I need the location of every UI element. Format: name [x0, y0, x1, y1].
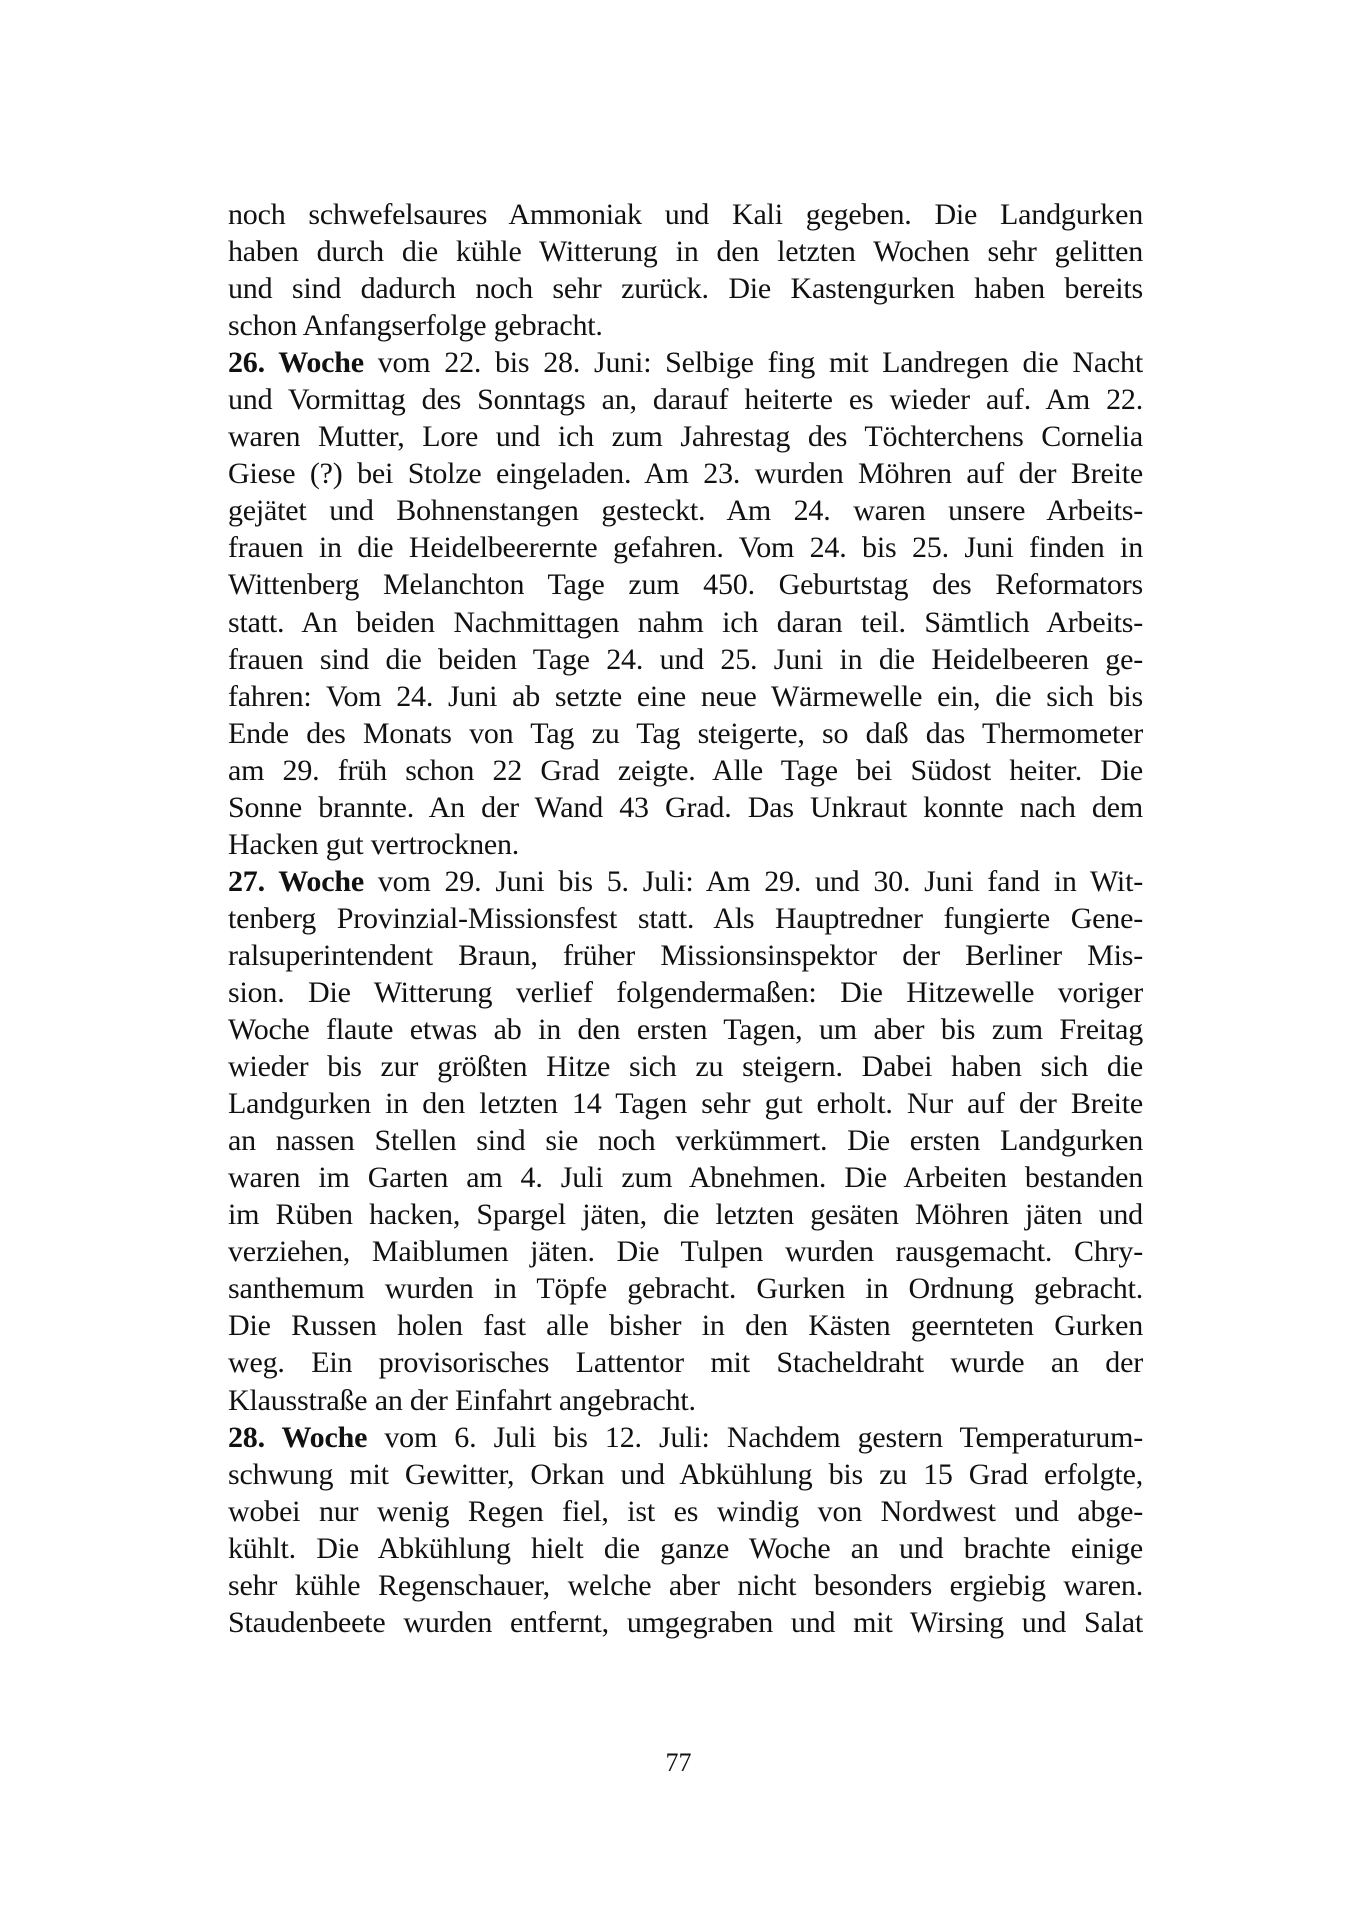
text-line: noch schwefelsaures Ammoniak und Kali ge… — [228, 196, 1143, 233]
text-line: statt. An beiden Nachmittagen nahm ich d… — [228, 604, 1143, 641]
text-line: an nassen Stellen sind sie noch verkümme… — [228, 1122, 1143, 1159]
text-line: frauen in die Heidelbeerernte gefahren. … — [228, 529, 1143, 566]
line-text: vom 29. Juni bis 5. Juli: Am 29. und 30.… — [364, 865, 1143, 898]
line-text: Sonne brannte. An der Wand 43 Grad. Das … — [228, 791, 1143, 824]
line-text: Die Russen holen fast alle bisher in den… — [228, 1309, 1143, 1342]
line-text: tenberg Provinzial-Missionsfest statt. A… — [228, 902, 1143, 935]
line-text: frauen in die Heidelbeerernte gefahren. … — [228, 531, 1143, 564]
line-text: im Rüben hacken, Spargel jäten, die letz… — [228, 1198, 1143, 1231]
line-text: Giese (?) bei Stolze eingeladen. Am 23. … — [228, 457, 1143, 490]
body-text: noch schwefelsaures Ammoniak und Kali ge… — [228, 196, 1143, 1641]
line-text: Landgurken in den letzten 14 Tagen sehr … — [228, 1087, 1143, 1120]
page-number: 77 — [0, 1748, 1357, 1778]
text-line: gejätet und Bohnenstangen gesteckt. Am 2… — [228, 492, 1143, 529]
week-heading-line: 28. Woche vom 6. Juli bis 12. Juli: Nach… — [228, 1419, 1143, 1456]
text-line: und sind dadurch noch sehr zurück. Die K… — [228, 270, 1143, 307]
text-line: kühlt. Die Abkühlung hielt die ganze Woc… — [228, 1530, 1143, 1567]
text-line: fahren: Vom 24. Juni ab setzte eine neue… — [228, 678, 1143, 715]
line-text: Klausstraße an der Einfahrt angebracht. — [228, 1384, 696, 1417]
text-line: Hacken gut vertrocknen. — [228, 826, 1143, 863]
text-line: wobei nur wenig Regen fiel, ist es windi… — [228, 1493, 1143, 1530]
line-text: santhemum wurden in Töpfe gebracht. Gurk… — [228, 1272, 1143, 1305]
text-line: waren im Garten am 4. Juli zum Abnehmen.… — [228, 1159, 1143, 1196]
text-line: Die Russen holen fast alle bisher in den… — [228, 1307, 1143, 1344]
line-text: kühlt. Die Abkühlung hielt die ganze Woc… — [228, 1532, 1143, 1565]
text-line: Woche flaute etwas ab in den ersten Tage… — [228, 1011, 1143, 1048]
line-text: an nassen Stellen sind sie noch verkümme… — [228, 1124, 1143, 1157]
line-text: und Vormittag des Sonntags an, darauf he… — [228, 383, 1143, 416]
line-text: statt. An beiden Nachmittagen nahm ich d… — [228, 606, 1143, 639]
line-text: fahren: Vom 24. Juni ab setzte eine neue… — [228, 680, 1143, 713]
text-line: schon Anfangserfolge gebracht. — [228, 307, 1143, 344]
text-line: und Vormittag des Sonntags an, darauf he… — [228, 381, 1143, 418]
line-text: verziehen, Maiblumen jäten. Die Tulpen w… — [228, 1235, 1143, 1268]
text-line: Klausstraße an der Einfahrt angebracht. — [228, 1382, 1143, 1419]
week-label: 27. Woche — [228, 865, 364, 898]
line-text: wobei nur wenig Regen fiel, ist es windi… — [228, 1495, 1143, 1528]
text-line: verziehen, Maiblumen jäten. Die Tulpen w… — [228, 1233, 1143, 1270]
text-line: Landgurken in den letzten 14 Tagen sehr … — [228, 1085, 1143, 1122]
text-line: Staudenbeete wurden entfernt, umgegraben… — [228, 1604, 1143, 1641]
week-label: 28. Woche — [228, 1421, 367, 1454]
line-text: vom 22. bis 28. Juni: Selbige fing mit L… — [364, 346, 1143, 379]
text-line: sehr kühle Regenschauer, welche aber nic… — [228, 1567, 1143, 1604]
line-text: gejätet und Bohnenstangen gesteckt. Am 2… — [228, 494, 1143, 527]
line-text: waren im Garten am 4. Juli zum Abnehmen.… — [228, 1161, 1143, 1194]
text-line: Sonne brannte. An der Wand 43 Grad. Das … — [228, 789, 1143, 826]
text-line: ralsuperintendent Braun, früher Missions… — [228, 937, 1143, 974]
line-text: sion. Die Witterung verlief folgendermaß… — [228, 976, 1143, 1009]
document-page: noch schwefelsaures Ammoniak und Kali ge… — [0, 0, 1357, 1920]
text-line: wieder bis zur größten Hitze sich zu ste… — [228, 1048, 1143, 1085]
line-text: Hacken gut vertrocknen. — [228, 828, 519, 861]
text-line: schwung mit Gewitter, Orkan und Abkühlun… — [228, 1456, 1143, 1493]
line-text: Ende des Monats von Tag zu Tag steigerte… — [228, 717, 1143, 750]
line-text: vom 6. Juli bis 12. Juli: Nachdem gester… — [367, 1421, 1143, 1454]
line-text: am 29. früh schon 22 Grad zeigte. Alle T… — [228, 754, 1143, 787]
line-text: waren Mutter, Lore und ich zum Jahrestag… — [228, 420, 1143, 453]
text-line: waren Mutter, Lore und ich zum Jahrestag… — [228, 418, 1143, 455]
text-line: frauen sind die beiden Tage 24. und 25. … — [228, 641, 1143, 678]
text-line: haben durch die kühle Witterung in den l… — [228, 233, 1143, 270]
text-line: santhemum wurden in Töpfe gebracht. Gurk… — [228, 1270, 1143, 1307]
text-line: am 29. früh schon 22 Grad zeigte. Alle T… — [228, 752, 1143, 789]
text-line: weg. Ein provisorisches Lattentor mit St… — [228, 1344, 1143, 1381]
line-text: schwung mit Gewitter, Orkan und Abkühlun… — [228, 1458, 1143, 1491]
week-label: 26. Woche — [228, 346, 364, 379]
line-text: sehr kühle Regenschauer, welche aber nic… — [228, 1569, 1143, 1602]
week-heading-line: 27. Woche vom 29. Juni bis 5. Juli: Am 2… — [228, 863, 1143, 900]
line-text: frauen sind die beiden Tage 24. und 25. … — [228, 643, 1143, 676]
text-line: Ende des Monats von Tag zu Tag steigerte… — [228, 715, 1143, 752]
line-text: Staudenbeete wurden entfernt, umgegraben… — [228, 1606, 1143, 1639]
line-text: haben durch die kühle Witterung in den l… — [228, 235, 1143, 268]
line-text: noch schwefelsaures Ammoniak und Kali ge… — [228, 198, 1143, 231]
line-text: Woche flaute etwas ab in den ersten Tage… — [228, 1013, 1143, 1046]
text-line: im Rüben hacken, Spargel jäten, die letz… — [228, 1196, 1143, 1233]
line-text: wieder bis zur größten Hitze sich zu ste… — [228, 1050, 1143, 1083]
text-line: sion. Die Witterung verlief folgendermaß… — [228, 974, 1143, 1011]
line-text: ralsuperintendent Braun, früher Missions… — [228, 939, 1143, 972]
line-text: und sind dadurch noch sehr zurück. Die K… — [228, 272, 1143, 305]
line-text: weg. Ein provisorisches Lattentor mit St… — [228, 1346, 1143, 1379]
line-text: Wittenberg Melanchton Tage zum 450. Gebu… — [228, 568, 1143, 601]
text-line: Wittenberg Melanchton Tage zum 450. Gebu… — [228, 566, 1143, 603]
line-text: schon Anfangserfolge gebracht. — [228, 309, 603, 342]
text-line: tenberg Provinzial-Missionsfest statt. A… — [228, 900, 1143, 937]
week-heading-line: 26. Woche vom 22. bis 28. Juni: Selbige … — [228, 344, 1143, 381]
text-line: Giese (?) bei Stolze eingeladen. Am 23. … — [228, 455, 1143, 492]
